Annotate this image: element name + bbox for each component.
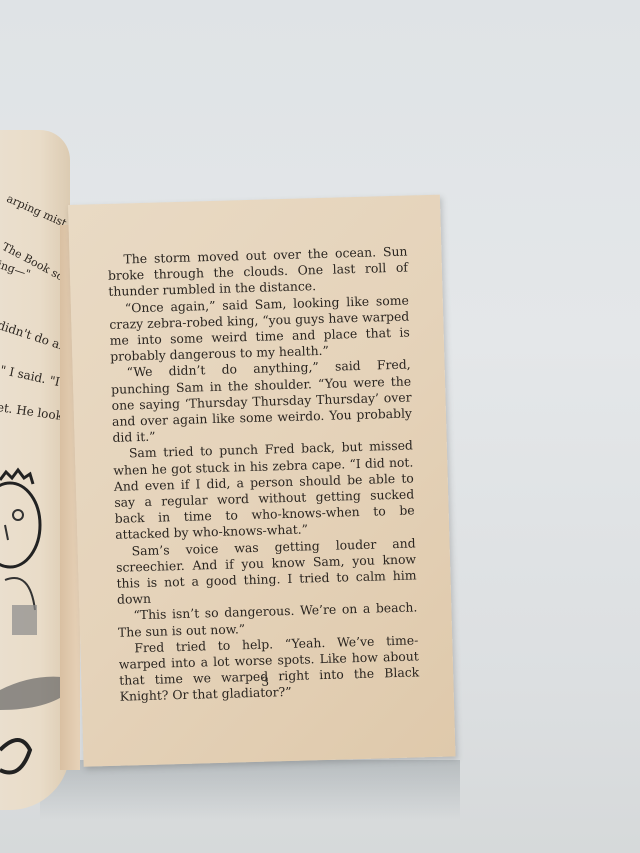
book-shadow (40, 760, 460, 820)
paragraph: “Once again,” said Sam, looking like som… (109, 292, 411, 365)
page-body-text: The storm moved out over the ocean. Sun … (107, 244, 420, 706)
paragraph: The storm moved out over the ocean. Sun … (107, 244, 408, 301)
paragraph: Fred tried to help. “Yeah. We’ve time-wa… (118, 632, 420, 705)
page-number: 3 (261, 675, 269, 689)
paragraph: “We didn’t do anything,” said Fred, punc… (110, 357, 412, 446)
paragraph: Sam’s voice was getting louder and scree… (115, 535, 417, 608)
right-page: The storm moved out over the ocean. Sun … (68, 195, 456, 767)
paragraph: Sam tried to punch Fred back, but missed… (113, 438, 416, 544)
